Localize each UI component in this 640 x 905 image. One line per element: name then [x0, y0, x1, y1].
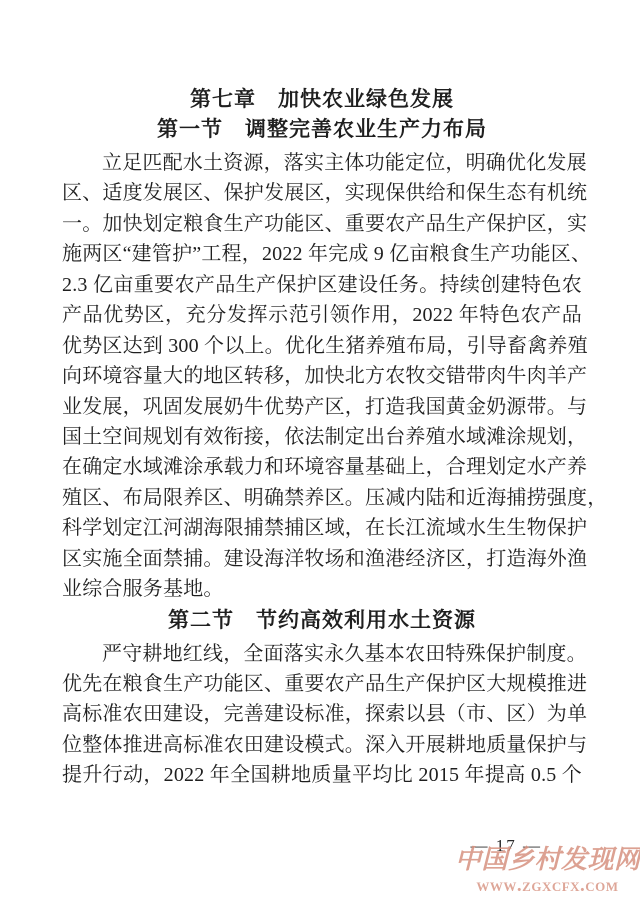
- body-line: 立足匹配水土资源，落实主体功能定位，明确优化发展: [62, 148, 582, 178]
- body-line: 产品优势区，充分发挥示范引领作用，2022 年特色农产品: [62, 300, 582, 330]
- body-line: 优势区达到 300 个以上。优化生猪养殖布局，引导畜禽养殖: [62, 331, 582, 361]
- document-page: 第七章 加快农业绿色发展 第一节 调整完善农业生产力布局立足匹配水土资源，落实主…: [0, 0, 640, 905]
- body-line: 业综合服务基地。: [62, 574, 582, 604]
- body-line: 2.3 亿亩重要农产品生产保护区建设任务。持续创建特色农: [62, 270, 582, 300]
- body-line: 一。加快划定粮食生产功能区、重要农产品生产保护区，实: [62, 209, 582, 239]
- body-line: 提升行动，2022 年全国耕地质量平均比 2015 年提高 0.5 个: [62, 760, 582, 790]
- body-line: 区、适度发展区、保护发展区，实现保供给和保生态有机统: [62, 178, 582, 208]
- section-paragraph: 严守耕地红线，全面落实永久基本农田特殊保护制度。优先在粮食生产功能区、重要农产品…: [62, 639, 582, 791]
- page-number: — 17 —: [0, 836, 640, 856]
- body-line: 业发展，巩固发展奶牛优势产区，打造我国黄金奶源带。与: [62, 392, 582, 422]
- body-line: 在确定水域滩涂承载力和环境容量基础上，合理划定水产养: [62, 452, 582, 482]
- document-body: 第一节 调整完善农业生产力布局立足匹配水土资源，落实主体功能定位，明确优化发展区…: [62, 114, 582, 791]
- body-line: 位整体推进高标准农田建设模式。深入开展耕地质量保护与: [62, 730, 582, 760]
- watermark-site-url: www.zgxcfx.com: [455, 875, 640, 896]
- body-line: 优先在粮食生产功能区、重要农产品生产保护区大规模推进: [62, 669, 582, 699]
- body-line: 高标准农田建设，完善建设标准，探索以县（市、区）为单: [62, 699, 582, 729]
- section-title-2: 第二节 节约高效利用水土资源: [62, 605, 582, 636]
- section-paragraph: 立足匹配水土资源，落实主体功能定位，明确优化发展区、适度发展区、保护发展区，实现…: [62, 148, 582, 605]
- body-line: 向环境容量大的地区转移，加快北方农牧交错带肉牛肉羊产: [62, 361, 582, 391]
- body-line: 殖区、布局限养区、明确禁养区。压减内陆和近海捕捞强度，: [62, 483, 582, 513]
- body-line: 区实施全面禁捕。建设海洋牧场和渔港经济区，打造海外渔: [62, 544, 582, 574]
- body-line: 国土空间规划有效衔接，依法制定出台养殖水域滩涂规划，: [62, 422, 582, 452]
- body-line: 科学划定江河湖海限捕禁捕区域，在长江流域水生生物保护: [62, 513, 582, 543]
- body-line: 严守耕地红线，全面落实永久基本农田特殊保护制度。: [62, 639, 582, 669]
- section-title-1: 第一节 调整完善农业生产力布局: [62, 114, 582, 145]
- body-line: 施两区“建管护”工程，2022 年完成 9 亿亩粮食生产功能区、: [62, 239, 582, 269]
- chapter-title: 第七章 加快农业绿色发展: [62, 84, 582, 114]
